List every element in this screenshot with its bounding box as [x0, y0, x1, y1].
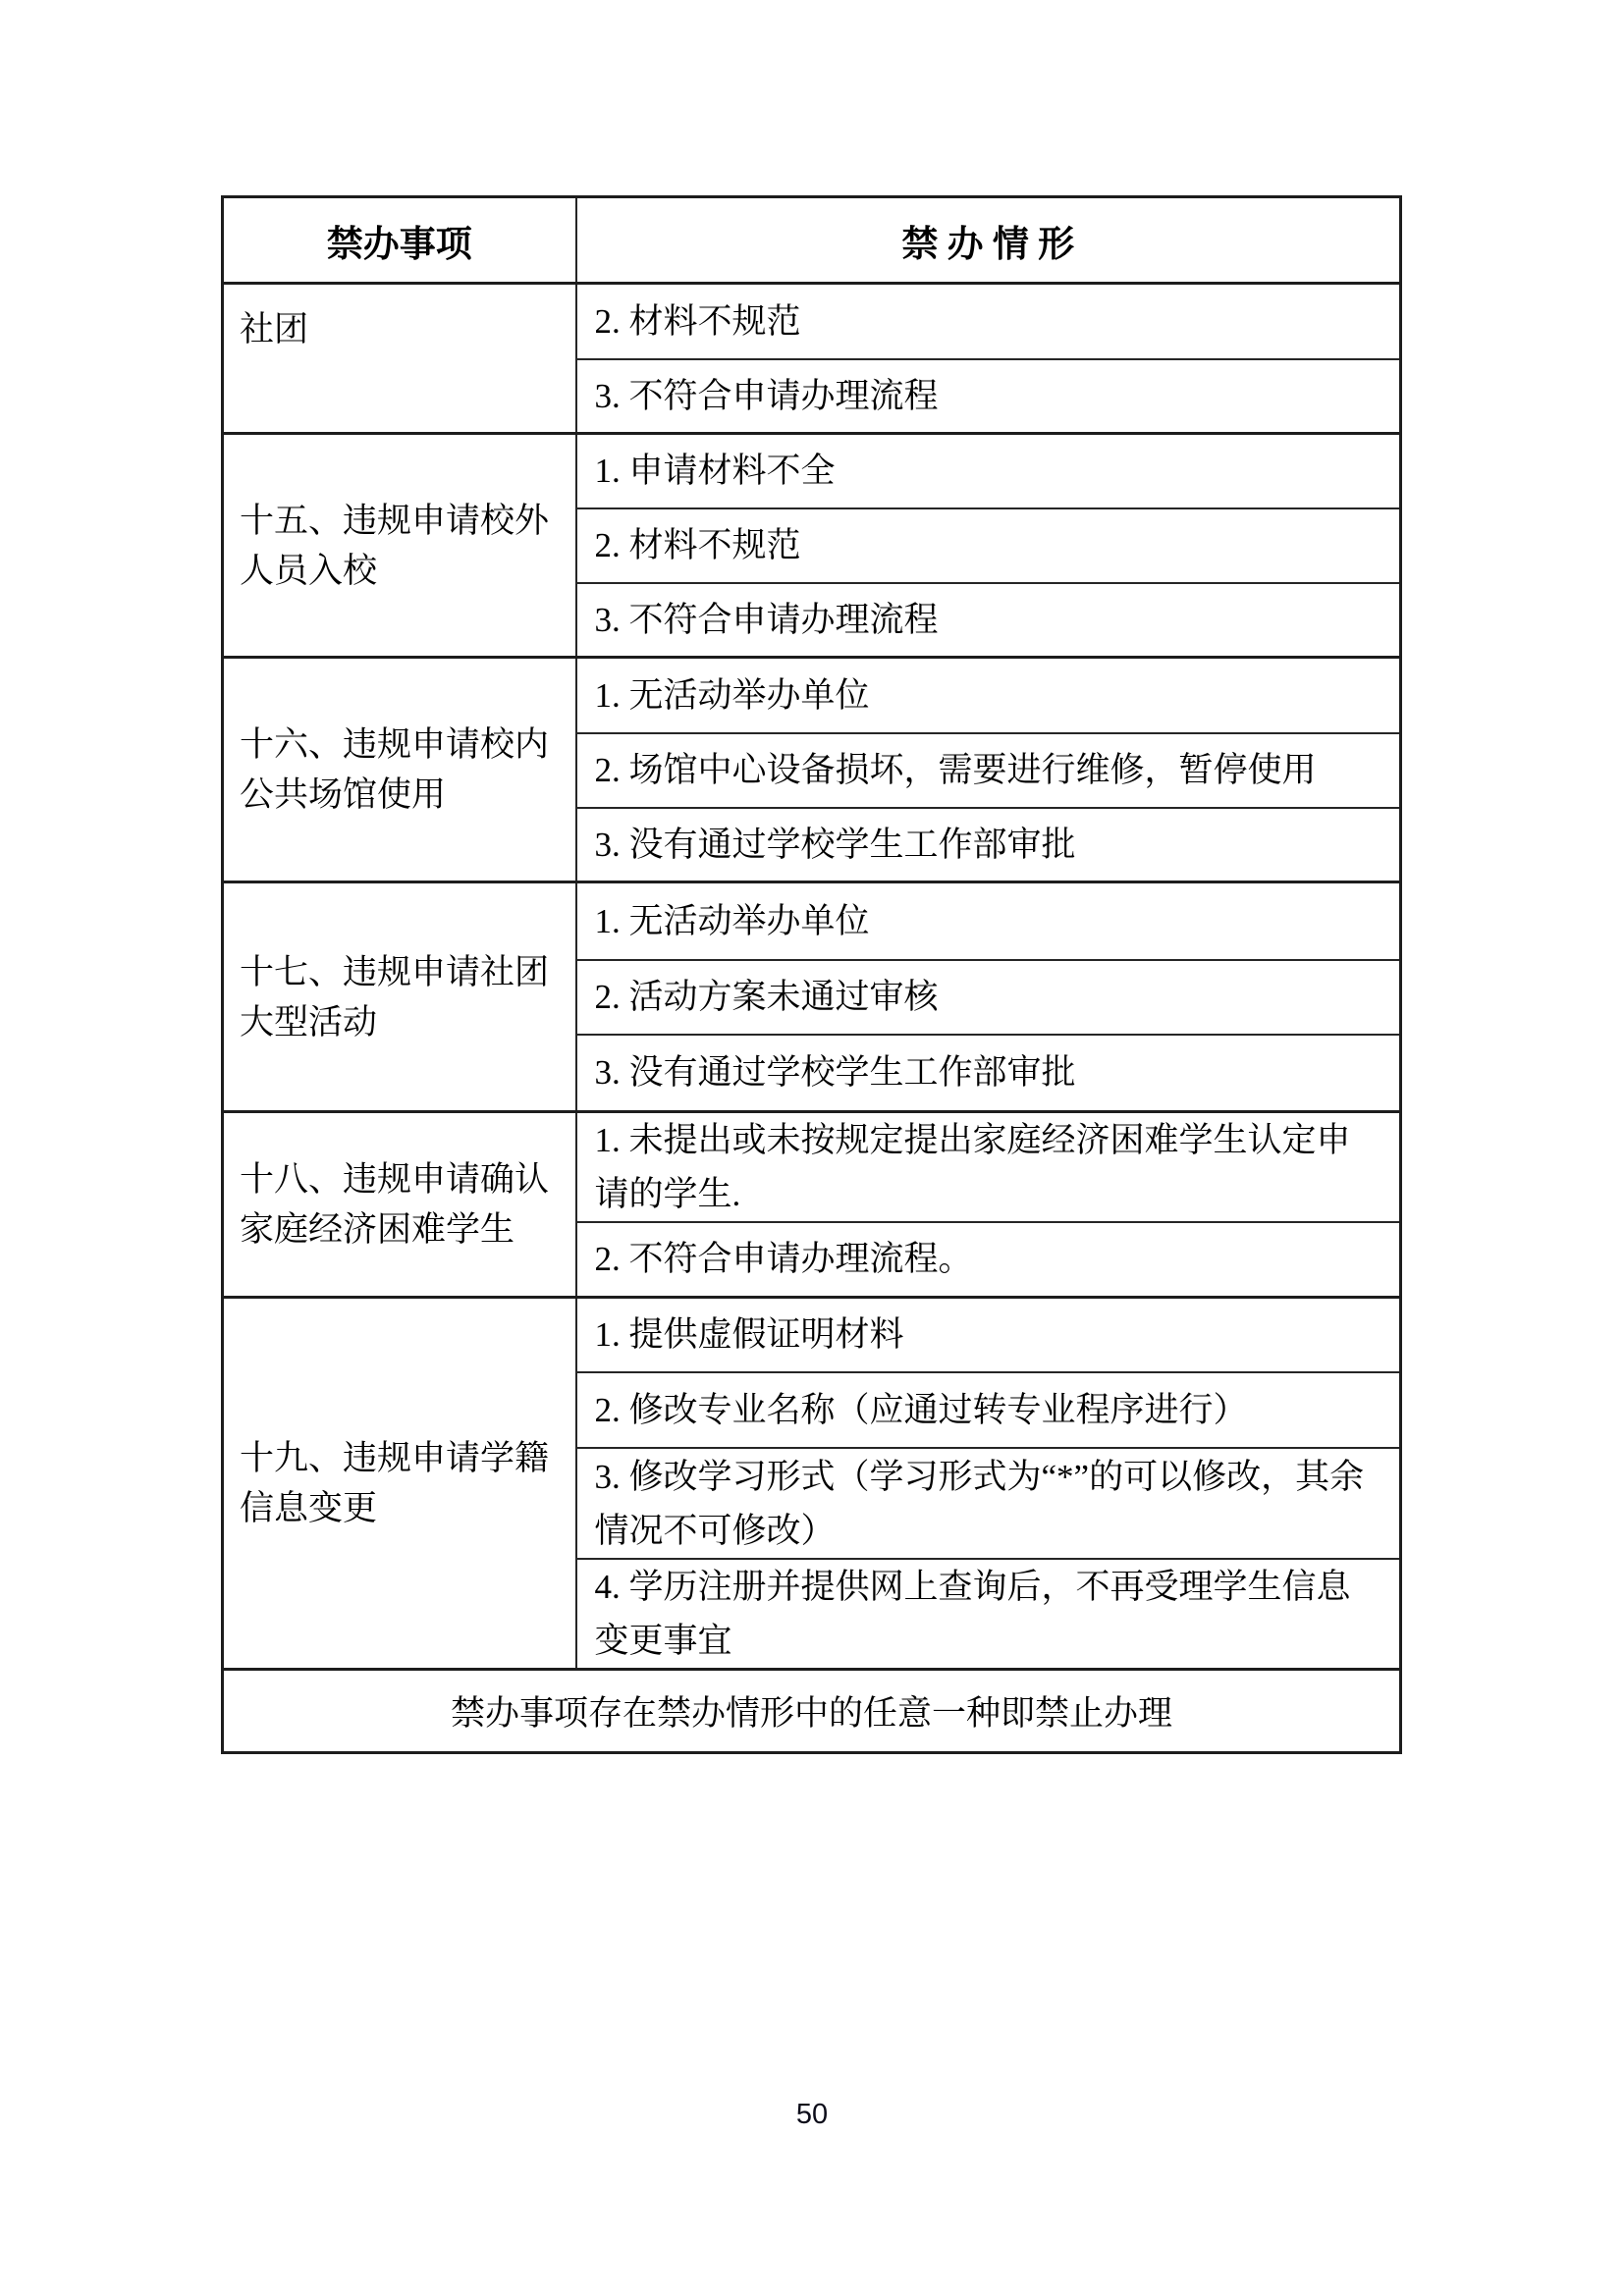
document-page: 禁办事项 禁 办 情 形 社团 2. 材料不规范 3. 不符合申请办理流程 十五… [0, 0, 1624, 2296]
column-header-situations: 禁 办 情 形 [576, 197, 1401, 284]
situation-cell: 1. 无活动举办单位 [576, 882, 1401, 960]
situation-cell: 2. 修改专业名称（应通过转专业程序进行） [576, 1372, 1401, 1448]
situation-cell: 2. 材料不规范 [576, 284, 1401, 359]
situation-cell: 2. 活动方案未通过审核 [576, 960, 1401, 1035]
item-cell-19: 十九、违规申请学籍信息变更 [223, 1297, 576, 1670]
situation-cell: 2. 不符合申请办理流程。 [576, 1222, 1401, 1297]
situation-cell: 3. 不符合申请办理流程 [576, 583, 1401, 658]
item-cell-17: 十七、违规申请社团大型活动 [223, 882, 576, 1112]
item-cell-15: 十五、违规申请校外人员入校 [223, 434, 576, 658]
situation-cell: 1. 无活动举办单位 [576, 658, 1401, 733]
footer-note: 禁办事项存在禁办情形中的任意一种即禁止办理 [223, 1670, 1401, 1753]
situation-cell: 2. 场馆中心设备损坏，需要进行维修，暂停使用 [576, 733, 1401, 808]
column-header-items: 禁办事项 [223, 197, 576, 284]
situation-cell: 1. 未提出或未按规定提出家庭经济困难学生认定申请的学生. [576, 1112, 1401, 1223]
item-cell-shetuan: 社团 [223, 284, 576, 434]
prohibition-table: 禁办事项 禁 办 情 形 社团 2. 材料不规范 3. 不符合申请办理流程 十五… [221, 195, 1402, 1754]
situation-cell: 3. 没有通过学校学生工作部审批 [576, 1035, 1401, 1112]
situation-cell: 1. 提供虚假证明材料 [576, 1297, 1401, 1372]
page-number: 50 [0, 2099, 1624, 2131]
item-cell-16: 十六、违规申请校内公共场馆使用 [223, 658, 576, 882]
situation-cell: 1. 申请材料不全 [576, 434, 1401, 508]
situation-cell: 3. 修改学习形式（学习形式为“*”的可以修改，其余情况不可修改） [576, 1448, 1401, 1559]
situation-cell: 3. 不符合申请办理流程 [576, 359, 1401, 434]
situation-cell: 2. 材料不规范 [576, 508, 1401, 583]
situation-cell: 4. 学历注册并提供网上查询后，不再受理学生信息变更事宜 [576, 1559, 1401, 1670]
item-cell-18: 十八、违规申请确认家庭经济困难学生 [223, 1112, 576, 1298]
situation-cell: 3. 没有通过学校学生工作部审批 [576, 808, 1401, 882]
